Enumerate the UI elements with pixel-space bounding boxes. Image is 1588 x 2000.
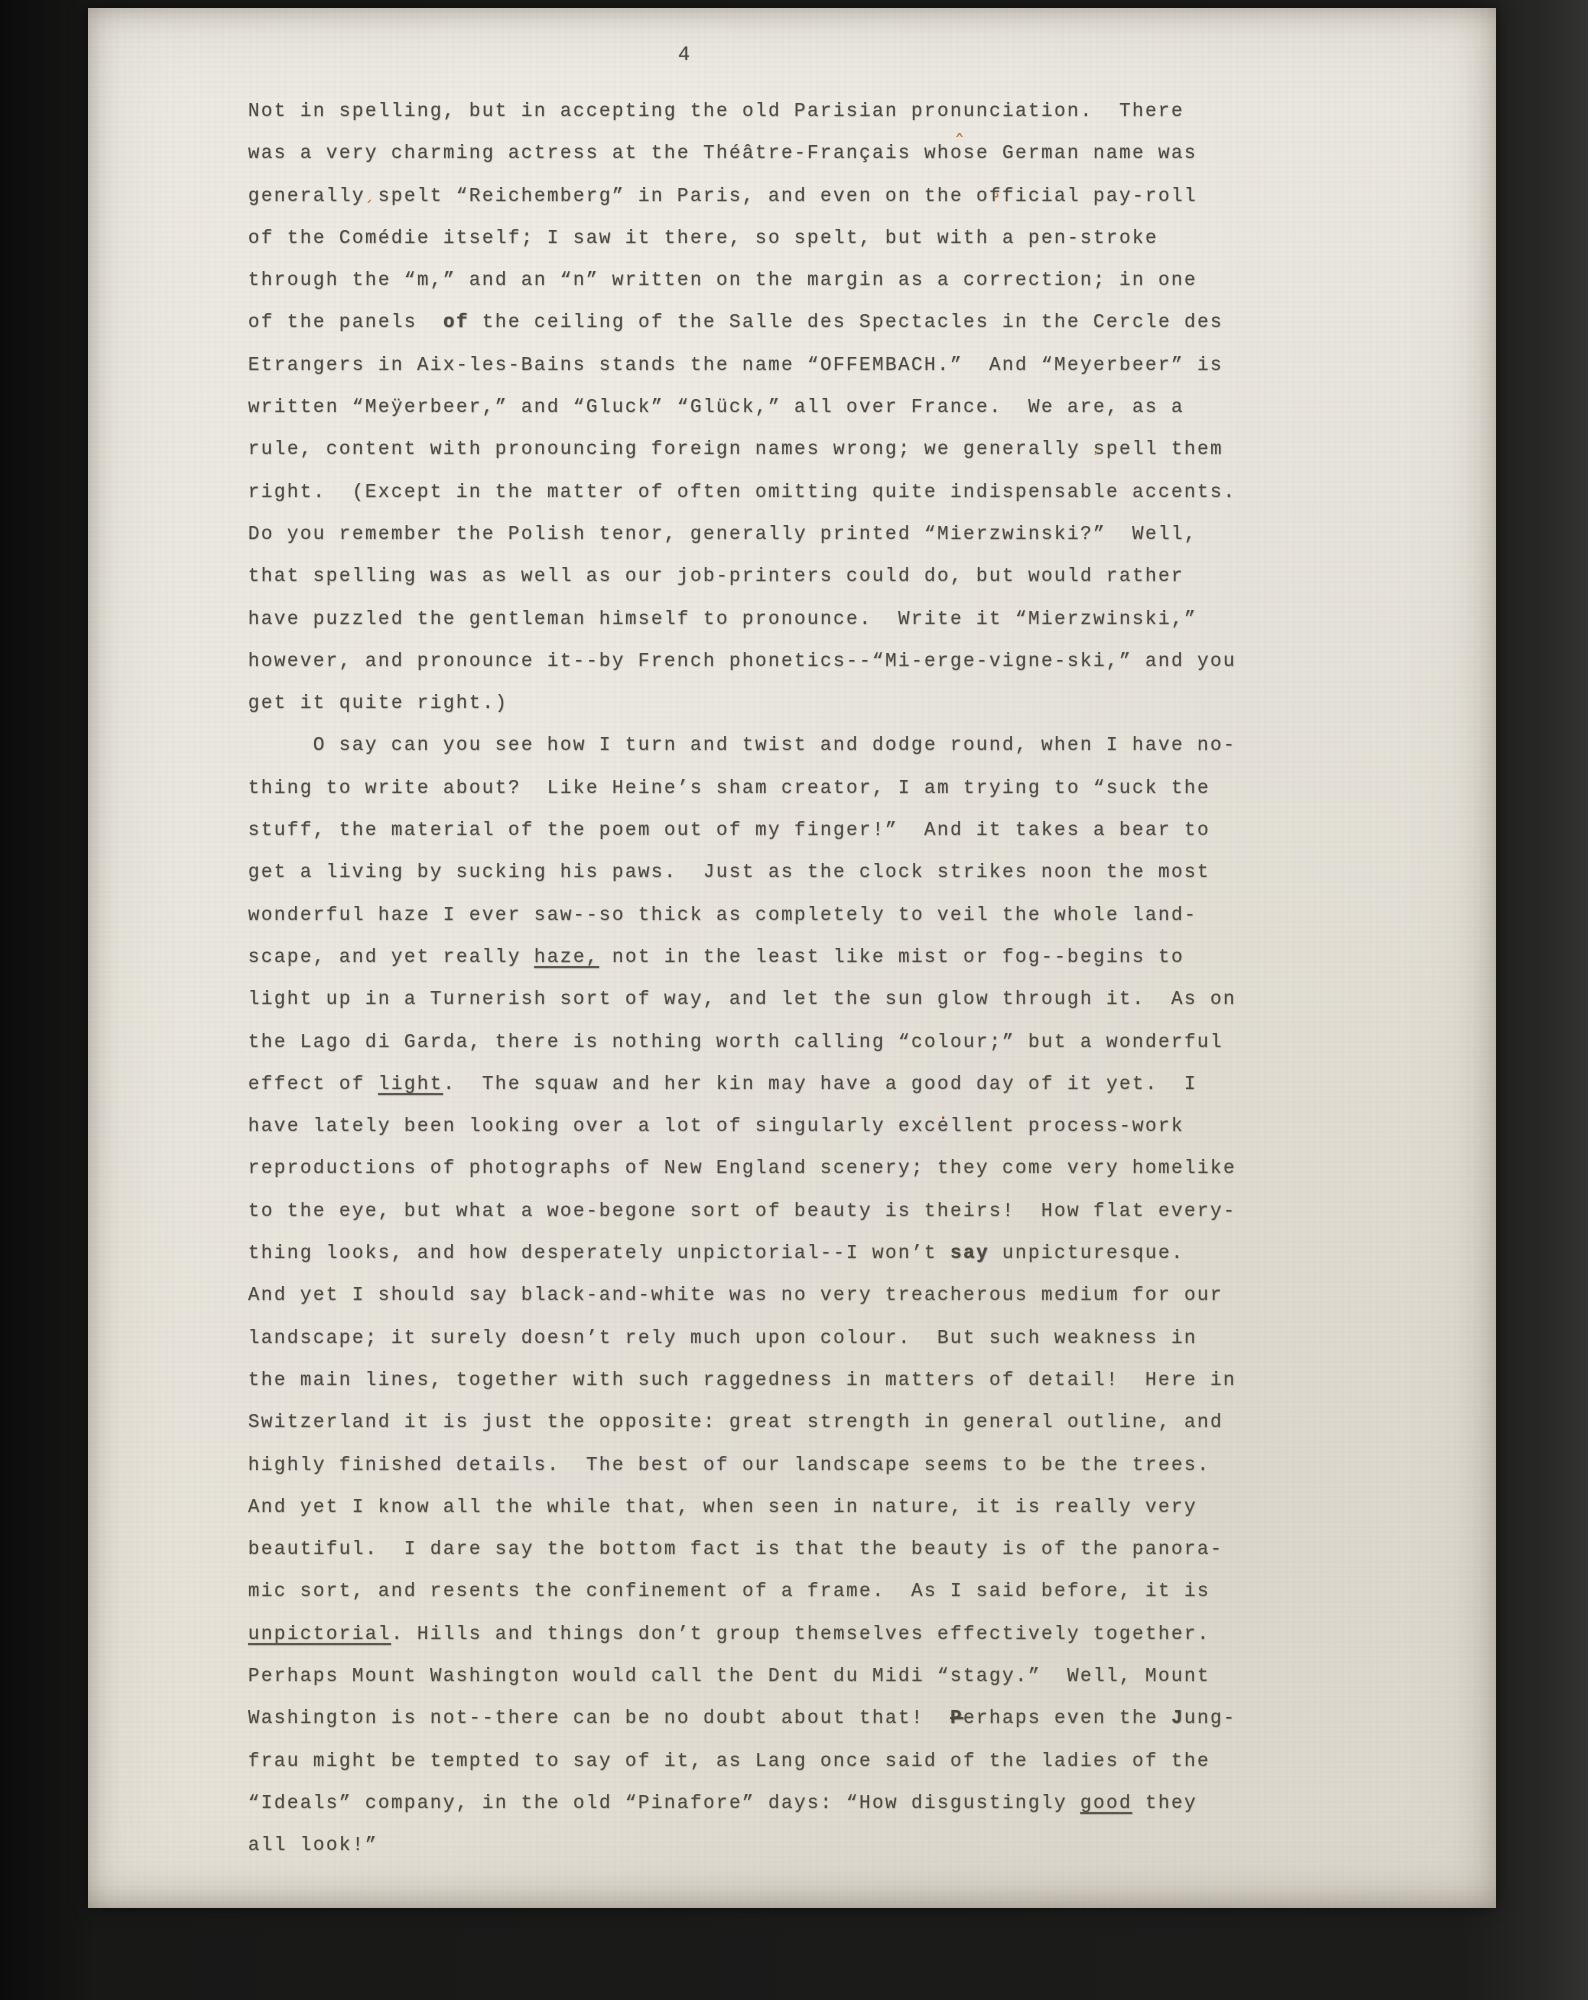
text-segment: “Ideals” company, in the old “Pinafore” … [248, 1792, 1080, 1814]
scan-background: 4 Not in spelling, but in accepting the … [0, 0, 1588, 2000]
text-segment: of [443, 311, 469, 333]
text-segment: P [950, 1707, 963, 1729]
text-segment: erhaps even the [963, 1707, 1171, 1729]
text-segment: they [1132, 1792, 1197, 1814]
page-number: 4 [678, 44, 690, 67]
text-segment: unpicturesque. [989, 1242, 1184, 1264]
document-line: And yet I should say black-and-white was… [248, 1274, 1328, 1316]
text-segment: landscape; it surely doesn’t rely much u… [248, 1327, 1197, 1349]
text-segment: thing looks, and how desperately unpicto… [248, 1242, 950, 1264]
text-segment: get it quite right.) [248, 692, 508, 714]
document-line: wonderful haze I ever saw--so thick as c… [248, 894, 1328, 936]
document-line: stuff, the material of the poem out of m… [248, 809, 1328, 851]
text-segment: the Lago di Garda, there is nothing wort… [248, 1031, 1223, 1053]
text-segment: the ceiling of the Salle des Spectacles … [469, 311, 1223, 333]
text-segment: haze, [534, 946, 599, 968]
text-segment: beautiful. I dare say the bottom fact is… [248, 1538, 1223, 1560]
document-line: And yet I know all the while that, when … [248, 1486, 1328, 1528]
document-line: thing to write about? Like Heine’s sham … [248, 767, 1328, 809]
document-line: have lately been looking over a lot of s… [248, 1105, 1328, 1147]
document-line: light up in a Turnerish sort of way, and… [248, 978, 1328, 1020]
text-segment: . The squaw and her kin may have a good … [443, 1073, 1197, 1095]
document-line: Do you remember the Polish tenor, genera… [248, 513, 1328, 555]
document-line: right. (Except in the matter of often om… [248, 471, 1328, 513]
document-line: scape, and yet really haze, not in the l… [248, 936, 1328, 978]
text-segment: through the “m,” and an “n” written on t… [248, 269, 1197, 291]
text-segment: the main lines, together with such ragge… [248, 1369, 1236, 1391]
text-segment: Do you remember the Polish tenor, genera… [248, 523, 1197, 545]
document-line: get it quite right.) [248, 682, 1328, 724]
text-segment: was a very charming actress at the Théât… [248, 142, 1197, 164]
text-segment: Perhaps Mount Washington would call the … [248, 1665, 1210, 1687]
text-segment: good [1080, 1792, 1132, 1814]
document-line: mic sort, and resents the confinement of… [248, 1570, 1328, 1612]
text-segment: Switzerland it is just the opposite: gre… [248, 1411, 1223, 1433]
text-segment: effect of [248, 1073, 378, 1095]
text-segment: of the panels [248, 311, 443, 333]
document-line: beautiful. I dare say the bottom fact is… [248, 1528, 1328, 1570]
document-line: have puzzled the gentleman himself to pr… [248, 598, 1328, 640]
document-line: was a very charming actress at the Théât… [248, 132, 1328, 174]
text-segment: And yet I should say black-and-white was… [248, 1284, 1223, 1306]
text-segment: right. (Except in the matter of often om… [248, 481, 1236, 503]
text-segment: unpictorial [248, 1623, 391, 1645]
text-segment: And yet I know all the while that, when … [248, 1496, 1197, 1518]
document-line: Perhaps Mount Washington would call the … [248, 1655, 1328, 1697]
document-line: Washington is not--there can be no doubt… [248, 1697, 1328, 1739]
text-segment: . Hills and things don’t group themselve… [391, 1623, 1210, 1645]
paper: 4 Not in spelling, but in accepting the … [88, 8, 1496, 1908]
text-segment: ung- [1184, 1707, 1236, 1729]
document-line: landscape; it surely doesn’t rely much u… [248, 1317, 1328, 1359]
text-segment: to the eye, but what a woe-begone sort o… [248, 1200, 1236, 1222]
document-line: Etrangers in Aix-les-Bains stands the na… [248, 344, 1328, 386]
text-segment: wonderful haze I ever saw--so thick as c… [248, 904, 1197, 926]
document-line: O say can you see how I turn and twist a… [248, 724, 1328, 766]
text-segment: highly finished details. The best of our… [248, 1454, 1210, 1476]
text-segment: Washington is not--there can be no doubt… [248, 1707, 950, 1729]
text-segment: light [378, 1073, 443, 1095]
document-line: generally spelt “Reichemberg” in Paris, … [248, 175, 1328, 217]
text-segment: however, and pronounce it--by French pho… [248, 650, 1236, 672]
document-line: the Lago di Garda, there is nothing wort… [248, 1021, 1328, 1063]
text-segment: generally spelt “Reichemberg” in Paris, … [248, 185, 1197, 207]
document-line: rule, content with pronouncing foreign n… [248, 428, 1328, 470]
document-line: Switzerland it is just the opposite: gre… [248, 1401, 1328, 1443]
text-segment: stuff, the material of the poem out of m… [248, 819, 1210, 841]
document-line: effect of light. The squaw and her kin m… [248, 1063, 1328, 1105]
document-line: however, and pronounce it--by French pho… [248, 640, 1328, 682]
text-segment: Not in spelling, but in accepting the ol… [248, 100, 1184, 122]
text-segment: rule, content with pronouncing foreign n… [248, 438, 1223, 460]
document-line: the main lines, together with such ragge… [248, 1359, 1328, 1401]
text-segment: frau might be tempted to say of it, as L… [248, 1750, 1210, 1772]
document-line: through the “m,” and an “n” written on t… [248, 259, 1328, 301]
text-segment: O say can you see how I turn and twist a… [248, 734, 1236, 756]
text-segment: scape, and yet really [248, 946, 534, 968]
document-line: of the panels of the ceiling of the Sall… [248, 301, 1328, 343]
document-line: all look!” [248, 1824, 1328, 1866]
document-line: written “Meÿerbeer,” and “Gluck” “Glück,… [248, 386, 1328, 428]
document-line: to the eye, but what a woe-begone sort o… [248, 1190, 1328, 1232]
text-segment: all look!” [248, 1834, 378, 1856]
document-line: highly finished details. The best of our… [248, 1444, 1328, 1486]
text-segment: thing to write about? Like Heine’s sham … [248, 777, 1210, 799]
text-segment: J [1171, 1707, 1184, 1729]
document-line: get a living by sucking his paws. Just a… [248, 851, 1328, 893]
document-line: reproductions of photographs of New Engl… [248, 1147, 1328, 1189]
document-line: Not in spelling, but in accepting the ol… [248, 90, 1328, 132]
typed-text: Not in spelling, but in accepting the ol… [248, 90, 1328, 1866]
document-line: frau might be tempted to say of it, as L… [248, 1740, 1328, 1782]
text-segment: that spelling was as well as our job-pri… [248, 565, 1184, 587]
text-segment: Etrangers in Aix-les-Bains stands the na… [248, 354, 1223, 376]
text-segment: reproductions of photographs of New Engl… [248, 1157, 1236, 1179]
document-line: of the Comédie itself; I saw it there, s… [248, 217, 1328, 259]
text-segment: written “Meÿerbeer,” and “Gluck” “Glück,… [248, 396, 1184, 418]
document-line: that spelling was as well as our job-pri… [248, 555, 1328, 597]
text-segment: have lately been looking over a lot of s… [248, 1115, 1184, 1137]
document-line: “Ideals” company, in the old “Pinafore” … [248, 1782, 1328, 1824]
text-segment: of the Comédie itself; I saw it there, s… [248, 227, 1158, 249]
text-segment: have puzzled the gentleman himself to pr… [248, 608, 1197, 630]
text-segment: not in the least like mist or fog--begin… [599, 946, 1184, 968]
document-line: thing looks, and how desperately unpicto… [248, 1232, 1328, 1274]
document-line: unpictorial. Hills and things don’t grou… [248, 1613, 1328, 1655]
text-segment: get a living by sucking his paws. Just a… [248, 861, 1210, 883]
text-segment: say [950, 1242, 989, 1264]
text-segment: light up in a Turnerish sort of way, and… [248, 988, 1236, 1010]
text-segment: mic sort, and resents the confinement of… [248, 1580, 1210, 1602]
